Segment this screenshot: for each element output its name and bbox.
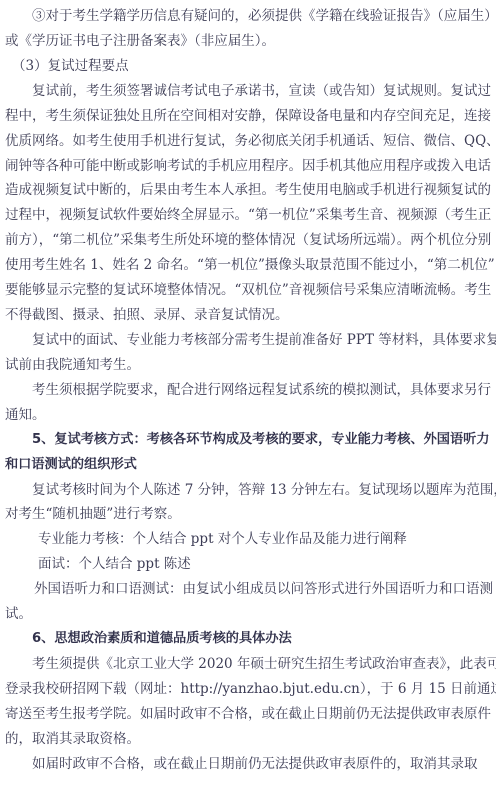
body-text-line: 闹钟等各种可能中断或影响考试的手机应用程序。因手机其他应用程序或拨入电话 — [5, 154, 496, 179]
body-text-line: 前方），“第二机位”采集考生所处环境的整体情况（复试场所远端）。两个机位分别 — [5, 228, 496, 253]
body-text-line: 复试中的面试、专业能力考核部分需考生提前准备好 PPT 等材料，具体要求复 — [5, 328, 496, 353]
body-text-line: 登录我校研招网下载（网址：http://yanzhao.bjut.edu.cn）… — [5, 677, 496, 702]
body-text-line: 或《学历证书电子注册备案表》（非应届生）。 — [5, 29, 496, 54]
body-text-line: 过程中，视频复试软件要始终全屏显示。“第一机位”采集考生音、视频源（考生正 — [5, 203, 496, 228]
list-item-line: 外国语听力和口语测试：由复试小组成员以问答形式进行外国语听力和口语测 — [5, 577, 496, 602]
body-text-line: 程中，考生须保证独处且所在空间相对安静，保障设备电量和内存空间充足，连接 — [5, 104, 496, 129]
body-text-line: 试。 — [5, 602, 496, 627]
subsection-3-heading: （3）复试过程要点 — [5, 54, 496, 79]
section-5-heading-line: 5、复试考核方式：考核各环节构成及考核的要求，专业能力考核、外国语听力 — [5, 428, 496, 453]
body-text-line: 复试前，考生须签署诚信考试电子承诺书，宣读（或告知）复试规则。复试过 — [5, 79, 496, 104]
body-text-line: 通知。 — [5, 403, 496, 428]
list-item-line: 面试：个人结合 ppt 陈述 — [5, 552, 496, 577]
body-text-line: 考生须根据学院要求，配合进行网络远程复试系统的模拟测试，具体要求另行 — [5, 378, 496, 403]
body-text-line: 考生须提供《北京工业大学 2020 年硕士研究生招生考试政治审查表》，此表可 — [5, 652, 496, 677]
body-text-line: 要能够显示完整的复试环境整体情况。“双机位”音视频信号采集应清晰流畅。考生 — [5, 278, 496, 303]
body-text-line: 使用考生姓名 1、姓名 2 命名。“第一机位”摄像头取景范围不能过小，“第二机位… — [5, 253, 496, 278]
body-text-line: 优质网络。如考生使用手机进行复试，务必彻底关闭手机通话、短信、微信、QQ、 — [5, 129, 496, 154]
body-text-line: 不得截图、摄录、拍照、录屏、录音复试情况。 — [5, 303, 496, 328]
body-text-line: 寄送至考生报考学院。如届时政审不合格，或在截止日期前仍无法提供政审表原件 — [5, 702, 496, 727]
section-5-heading-line: 和口语测试的组织形式 — [5, 453, 496, 478]
document-page: ③对于考生学籍学历信息有疑问的，必须提供《学籍在线验证报告》（应届生） 或《学历… — [0, 0, 501, 789]
list-item-line: 专业能力考核：个人结合 ppt 对个人专业作品及能力进行阐释 — [5, 527, 496, 552]
body-text-line: 试前由我院通知考生。 — [5, 353, 496, 378]
body-text-line: 造成视频复试中断的，后果由考生本人承担。考生使用电脑或手机进行视频复试的 — [5, 178, 496, 203]
body-text-line: 如届时政审不合格，或在截止日期前仍无法提供政审表原件的，取消其录取 — [5, 752, 496, 777]
body-text-line: 的，取消其录取资格。 — [5, 727, 496, 752]
body-text-line: ③对于考生学籍学历信息有疑问的，必须提供《学籍在线验证报告》（应届生） — [5, 4, 496, 29]
body-text-line: 对考生“随机抽题”进行考察。 — [5, 502, 496, 527]
section-6-heading: 6、思想政治素质和道德品质考核的具体办法 — [5, 627, 496, 652]
body-text-line: 复试考核时间为个人陈述 7 分钟，答辩 13 分钟左右。复试现场以题库为范围， — [5, 478, 496, 503]
